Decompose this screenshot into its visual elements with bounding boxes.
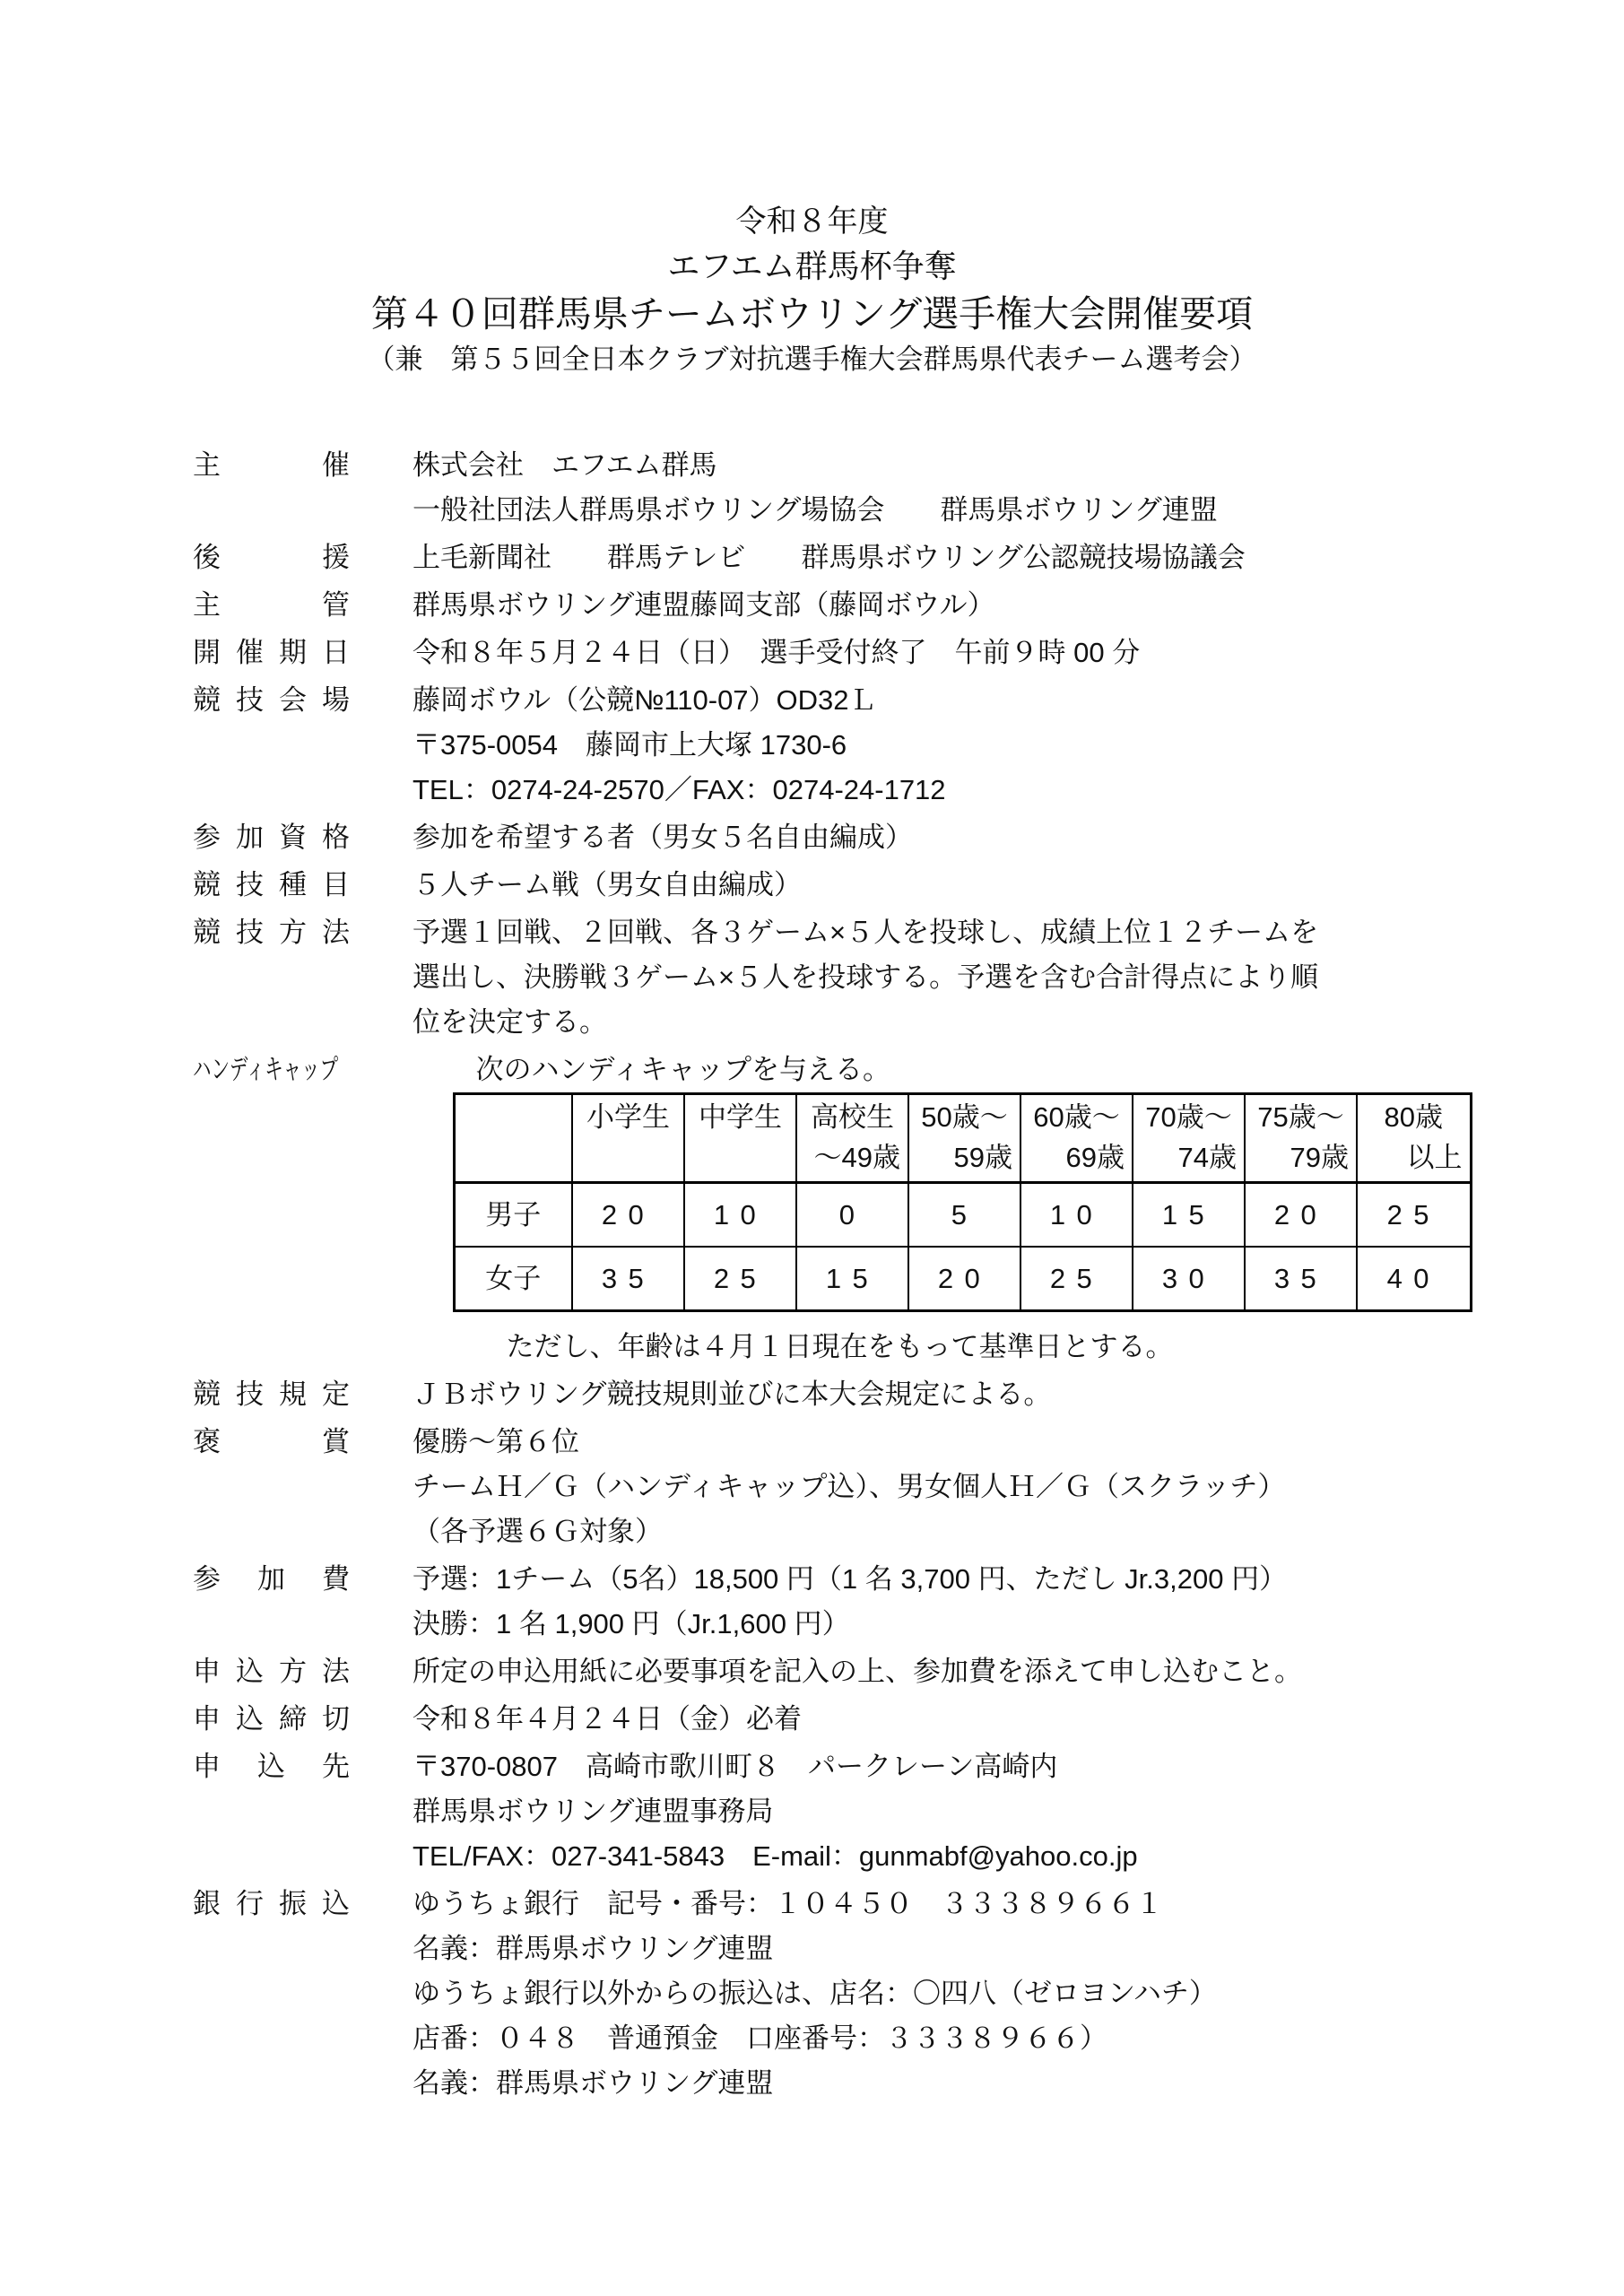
handicap-value: 0 [796,1183,908,1248]
row-category: 男子 [454,1183,572,1248]
title-sub: （兼 第５５回全日本クラブ対抗選手権大会群馬県代表チーム選考会） [0,339,1624,380]
section-label-rules: 競技規定 [193,1372,350,1417]
handicap-value: 10 [1020,1183,1133,1248]
text-line: 予選１回戦、２回戦、各３ゲーム×５人を投球し、成績上位１２チームを [413,910,1529,955]
text-line: 株式会社 エフエム群馬 [413,443,1529,488]
handicap-value: 35 [1245,1247,1357,1311]
text-line: 〒375-0054 藤岡市上大塚 1730-6 [413,723,1529,768]
text-line: 店番：０４８ 普通預金 口座番号：３３３８９６６） [413,2016,1529,2061]
handicap-col-header [454,1094,572,1183]
text-line: ５人チーム戦（男女自由編成） [413,863,1529,908]
section-handicap: ハンディキャップ 次のハンディキャップを与える。 小学生 中学生 高校生～49歳 [193,1048,1624,1370]
section-event-date: 開催期日 令和８年５月２４日（日） 選手受付終了 午前９時 00 分 [193,631,1624,675]
title-block: 令和８年度 エフエム群馬杯争奪 第４０回群馬県チームボウリング選手権大会開催要項… [0,0,1624,380]
handicap-col-header: 75歳～79歳 [1245,1094,1357,1183]
text-line: 位を決定する。 [413,1000,1529,1045]
section-rules: 競技規定 ＪＢボウリング競技規則並びに本大会規定による。 [193,1372,1624,1417]
handicap-value: 20 [572,1183,684,1248]
section-label-management: 主管 [193,583,350,628]
handicap-col-header: 50歳～59歳 [908,1094,1020,1183]
row-category: 女子 [454,1247,572,1311]
section-label-entry-fee: 参加費 [193,1557,350,1647]
text-line: ＪＢボウリング競技規則並びに本大会規定による。 [413,1372,1529,1417]
section-label-application-method: 申込方法 [193,1649,350,1694]
section-support: 後援 上毛新聞社 群馬テレビ 群馬県ボウリング公認競技場協議会 [193,535,1624,580]
section-label-event-date: 開催期日 [193,631,350,675]
section-application-address: 申込先 〒370-0807 高崎市歌川町８ パークレーン高崎内 群馬県ボウリング… [193,1744,1624,1879]
section-label-event-type: 競技種目 [193,863,350,908]
text-line: 名義：群馬県ボウリング連盟 [413,2061,1529,2106]
text-line: 群馬県ボウリング連盟藤岡支部（藤岡ボウル） [413,583,1529,628]
text-line: ゆうちょ銀行以外からの振込は、店名：〇四八（ゼロヨンハチ） [413,1971,1529,2016]
section-venue: 競技会場 藤岡ボウル（公競№110-07）OD32Ｌ 〒375-0054 藤岡市… [193,678,1624,813]
text-line: 令和８年５月２４日（日） 選手受付終了 午前９時 00 分 [413,631,1529,675]
text-line: 参加を希望する者（男女５名自由編成） [413,815,1529,860]
handicap-value: 20 [908,1247,1020,1311]
text-line: 予選：1チーム（5名）18,500 円（1 名 3,700 円、ただし Jr.3… [413,1557,1529,1602]
text-line: 〒370-0807 高崎市歌川町８ パークレーン高崎内 [413,1744,1529,1789]
handicap-value: 15 [1133,1183,1245,1248]
handicap-col-header: 高校生～49歳 [796,1094,908,1183]
section-event-type: 競技種目 ５人チーム戦（男女自由編成） [193,863,1624,908]
section-label-method: 競技方法 [193,910,350,1045]
handicap-value: 40 [1357,1247,1471,1311]
handicap-col-header: 60歳～69歳 [1020,1094,1133,1183]
handicap-value: 5 [908,1183,1020,1248]
section-label-organizer: 主催 [193,443,350,533]
text-line: TEL：0274-24-2570／FAX：0274-24-1712 [413,768,1529,813]
section-management: 主管 群馬県ボウリング連盟藤岡支部（藤岡ボウル） [193,583,1624,628]
document-page: 令和８年度 エフエム群馬杯争奪 第４０回群馬県チームボウリング選手権大会開催要項… [0,0,1624,2296]
handicap-col-header: 小学生 [572,1094,684,1183]
handicap-value: 35 [572,1247,684,1311]
text-line: 選出し、決勝戦３ゲーム×５人を投球する。予選を含む合計得点により順 [413,955,1529,1000]
section-label-support: 後援 [193,535,350,580]
text-line: 優勝～第６位 [413,1420,1529,1465]
handicap-header-row: 小学生 中学生 高校生～49歳 50歳～59歳 60歳～69歳 70歳～74歳 … [454,1094,1471,1183]
handicap-col-header: 80歳以上 [1357,1094,1471,1183]
text-line: 名義：群馬県ボウリング連盟 [413,1926,1529,1971]
text-line: ゆうちょ銀行 記号・番号：１０４５０ ３３３８９６６１ [413,1882,1529,1926]
handicap-note: ただし、年齢は４月１日現在をもって基準日とする。 [476,1325,1593,1370]
text-line: チームＨ／Ｇ（ハンディキャップ込）、男女個人Ｈ／Ｇ（スクラッチ） [413,1465,1529,1509]
handicap-value: 10 [684,1183,796,1248]
document-body: 主催 株式会社 エフエム群馬 一般社団法人群馬県ボウリング場協会 群馬県ボウリン… [193,443,1624,2106]
text-line: 所定の申込用紙に必要事項を記入の上、参加費を添えて申し込むこと。 [413,1649,1529,1694]
section-label-application-address: 申込先 [193,1744,350,1879]
title-fiscal-year: 令和８年度 [0,199,1624,244]
handicap-col-header: 70歳～74歳 [1133,1094,1245,1183]
title-main: 第４０回群馬県チームボウリング選手権大会開催要項 [0,289,1624,339]
text-line: 上毛新聞社 群馬テレビ 群馬県ボウリング公認競技場協議会 [413,535,1529,580]
section-organizer: 主催 株式会社 エフエム群馬 一般社団法人群馬県ボウリング場協会 群馬県ボウリン… [193,443,1624,533]
section-label-handicap: ハンディキャップ [193,1048,338,1370]
text-line: 決勝：1 名 1,900 円（Jr.1,600 円） [413,1602,1529,1647]
section-bank-transfer: 銀行振込 ゆうちょ銀行 記号・番号：１０４５０ ３３３８９６６１ 名義：群馬県ボ… [193,1882,1624,2106]
section-entry-fee: 参加費 予選：1チーム（5名）18,500 円（1 名 3,700 円、ただし … [193,1557,1624,1647]
text-line: 令和８年４月２４日（金）必着 [413,1697,1529,1742]
text-line: 一般社団法人群馬県ボウリング場協会 群馬県ボウリング連盟 [413,488,1529,533]
handicap-row-female: 女子 35 25 15 20 25 30 35 40 [454,1247,1471,1311]
handicap-row-male: 男子 20 10 0 5 10 15 20 25 [454,1183,1471,1248]
handicap-value: 25 [1020,1247,1133,1311]
text-line: 群馬県ボウリング連盟事務局 [413,1789,1529,1834]
handicap-value: 25 [1357,1183,1471,1248]
title-cup-name: エフエム群馬杯争奪 [0,244,1624,289]
handicap-col-header: 中学生 [684,1094,796,1183]
section-label-bank-transfer: 銀行振込 [193,1882,350,2106]
text-line: 次のハンディキャップを与える。 [476,1048,1593,1092]
text-line: TEL/FAX：027-341-5843 E-mail：gunmabf@yaho… [413,1834,1529,1879]
text-line: （各予選６Ｇ対象） [413,1509,1529,1554]
section-label-eligibility: 参加資格 [193,815,350,860]
section-label-venue: 競技会場 [193,678,350,813]
handicap-value: 25 [684,1247,796,1311]
section-label-application-deadline: 申込締切 [193,1697,350,1742]
section-application-method: 申込方法 所定の申込用紙に必要事項を記入の上、参加費を添えて申し込むこと。 [193,1649,1624,1694]
section-eligibility: 参加資格 参加を希望する者（男女５名自由編成） [193,815,1624,860]
handicap-value: 15 [796,1247,908,1311]
handicap-value: 30 [1133,1247,1245,1311]
handicap-table: 小学生 中学生 高校生～49歳 50歳～59歳 60歳～69歳 70歳～74歳 … [453,1092,1472,1312]
section-application-deadline: 申込締切 令和８年４月２４日（金）必着 [193,1697,1624,1742]
section-label-prizes: 褒賞 [193,1420,350,1554]
handicap-value: 20 [1245,1183,1357,1248]
section-method: 競技方法 予選１回戦、２回戦、各３ゲーム×５人を投球し、成績上位１２チームを 選… [193,910,1624,1045]
text-line: 藤岡ボウル（公競№110-07）OD32Ｌ [413,678,1529,723]
section-prizes: 褒賞 優勝～第６位 チームＨ／Ｇ（ハンディキャップ込）、男女個人Ｈ／Ｇ（スクラッ… [193,1420,1624,1554]
